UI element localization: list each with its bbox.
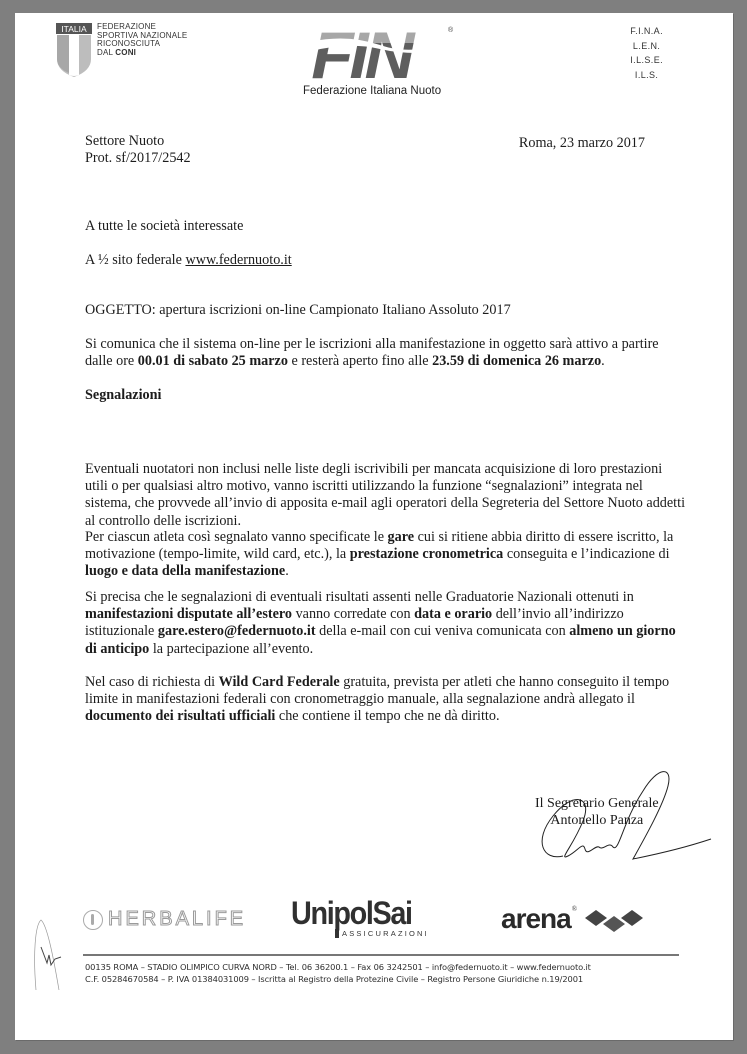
footer-line-2: C.F. 05284670584 – P. IVA 01384031009 – … <box>85 973 685 985</box>
p4-text: Nel caso di richiesta di <box>85 674 219 690</box>
coni-text: FEDERAZIONE SPORTIVA NAZIONALE RICONOSCI… <box>97 23 187 57</box>
email-address[interactable]: gare.estero@federnuoto.it <box>158 623 316 639</box>
place-date: Roma, 23 marzo 2017 <box>519 135 645 152</box>
coni-dal: DAL <box>97 48 115 57</box>
affiliation-ilse: I.L.S.E. <box>630 53 663 68</box>
footer-divider <box>83 954 679 956</box>
arena-text: arena <box>501 905 571 933</box>
intro-start-time: 00.01 di sabato 25 marzo <box>138 353 288 369</box>
p3-text: Si precisa che le segnalazioni di eventu… <box>85 589 634 605</box>
unipolsai-logo: UnipolSai ASSICURAZIONI <box>291 897 429 938</box>
recipient-2-prefix: A ½ sito federale <box>85 252 185 268</box>
herbalife-logo: HERBALIFE <box>83 908 246 931</box>
affiliation-fina: F.I.N.A. <box>630 24 663 39</box>
svg-text:®: ® <box>448 26 454 34</box>
protocol-number: Prot. sf/2017/2542 <box>85 150 191 167</box>
herbalife-leaf-icon <box>83 910 103 930</box>
signature-block: Il Segretario Generale Antonello Panza <box>535 795 659 829</box>
section-heading: Segnalazioni <box>85 387 161 404</box>
margin-mark-icon <box>33 915 63 990</box>
p2-text: . <box>285 563 289 579</box>
paragraph-segnalazioni: Eventuali nuotatori non inclusi nelle li… <box>85 461 685 530</box>
recipient-1: A tutte le società interessate <box>85 218 243 235</box>
letter-page: ITALIA FEDERAZIONE SPORTIVA NAZIONALE RI… <box>15 13 733 1040</box>
federnuoto-link[interactable]: www.federnuoto.it <box>185 252 291 268</box>
p3-text: vanno corredate con <box>292 606 414 622</box>
footer-line-1: 00135 ROMA – STADIO OLIMPICO CURVA NORD … <box>85 961 685 973</box>
arena-logo: arena ® <box>501 905 645 933</box>
p2-text: conseguita e l’indicazione di <box>503 546 669 562</box>
p3-bold: data e orario <box>414 606 492 622</box>
section-heading-text: Segnalazioni <box>85 387 161 403</box>
p3-bold: manifestazioni disputate all’estero <box>85 606 292 622</box>
recipient-2: A ½ sito federale www.federnuoto.it <box>85 252 292 269</box>
svg-text:ITALIA: ITALIA <box>61 24 87 34</box>
unipolsai-text: UnipolSai <box>291 897 415 929</box>
intro-text: e resterà aperto fino alle <box>288 353 432 369</box>
p3-text: della e-mail con cui veniva comunicata c… <box>316 623 570 639</box>
affiliation-len: L.E.N. <box>630 39 663 54</box>
signature-title: Il Segretario Generale <box>535 795 659 812</box>
p4-text: che contiene il tempo che ne dà diritto. <box>275 708 499 724</box>
p2-text: Per ciascun atleta così segnalato vanno … <box>85 529 388 545</box>
sender-block: Settore Nuoto Prot. sf/2017/2542 <box>85 133 191 167</box>
subject-line: OGGETTO: apertura iscrizioni on-line Cam… <box>85 302 665 319</box>
p2-bold: gare <box>388 529 415 545</box>
paragraph-estero: Si precisa che le segnalazioni di eventu… <box>85 589 685 658</box>
signature-name: Antonello Panza <box>535 812 659 829</box>
fin-logo-icon: FIN ® <box>305 23 455 83</box>
coni-bold: CONI <box>115 48 136 57</box>
p3-text: la partecipazione all’evento. <box>149 641 313 657</box>
arena-registered: ® <box>572 905 577 913</box>
herbalife-text: HERBALIFE <box>108 908 246 931</box>
intro-text: . <box>601 353 605 369</box>
p4-bold: documento dei risultati ufficiali <box>85 708 275 724</box>
fin-subtitle: Federazione Italiana Nuoto <box>303 85 441 97</box>
coni-badge: ITALIA FEDERAZIONE SPORTIVA NAZIONALE RI… <box>56 23 216 83</box>
sector: Settore Nuoto <box>85 133 191 150</box>
coni-line: DAL CONI <box>97 49 187 58</box>
intro-end-time: 23.59 di domenica 26 marzo <box>432 353 601 369</box>
p4-bold: Wild Card Federale <box>219 674 340 690</box>
intro-paragraph: Si comunica che il sistema on-line per l… <box>85 336 675 370</box>
footer-address: 00135 ROMA – STADIO OLIMPICO CURVA NORD … <box>85 961 685 985</box>
arena-diamond-icon <box>583 906 645 932</box>
italia-shield-icon: ITALIA <box>56 23 92 77</box>
affiliations: F.I.N.A. L.E.N. I.L.S.E. I.L.S. <box>630 24 663 82</box>
affiliation-ils: I.L.S. <box>630 68 663 83</box>
p2-bold: prestazione cronometrica <box>350 546 504 562</box>
p2-bold: luogo e data della manifestazione <box>85 563 285 579</box>
paragraph-specifiche: Per ciascun atleta così segnalato vanno … <box>85 529 689 581</box>
paragraph-wild-card: Nel caso di richiesta di Wild Card Feder… <box>85 674 683 726</box>
